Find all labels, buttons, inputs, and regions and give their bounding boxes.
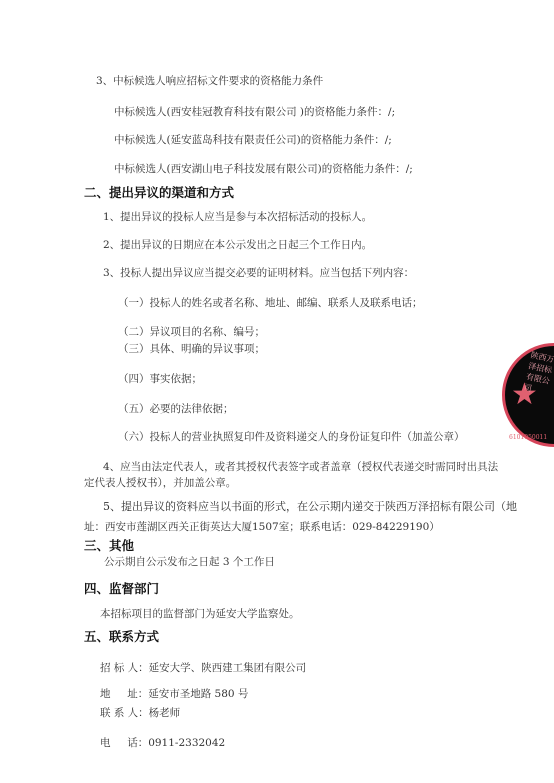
- seal-text: 陕西万泽招标有限公司: [523, 350, 554, 399]
- objection-subitem-5: （五）必要的法律依据；: [118, 402, 234, 416]
- qualification-title: 3、中标候选人响应招标文件要求的资格能力条件: [96, 74, 323, 88]
- contact-tenderer: 招 标 人：延安大学、陕西建工集团有限公司: [100, 661, 306, 675]
- objection-subitem-6: （六）投标人的营业执照复印件及资料递交人的身份证复印件（加盖公章）: [118, 430, 465, 444]
- objection-item-5-line1: 5、提出异议的资料应当以书面的形式，在公示期内递交于陕西万泽招标有限公司（地: [103, 500, 517, 514]
- objection-subitem-2: （二）异议项目的名称、编号；: [118, 325, 265, 339]
- objection-item-5-line2: 址：西安市莲湖区西关正街英达大厦1507室；联系电话：029-84229190）: [84, 520, 440, 534]
- candidate-3-qualification: 中标候选人(西安湖山电子科技发展有限公司)的资格能力条件：/;: [114, 162, 413, 176]
- objection-subitem-1: （一）投标人的姓名或者名称、地址、邮编、联系人及联系电话；: [118, 296, 423, 310]
- candidate-2-qualification: 中标候选人(延安蓝岛科技有限责任公司)的资格能力条件：/;: [114, 133, 392, 147]
- section-heading-objection: 二、提出异议的渠道和方式: [84, 183, 234, 201]
- seal-digits: 6101050011: [509, 434, 547, 441]
- objection-item-2: 2、提出异议的日期应在本公示发出之日起三个工作日内。: [103, 238, 372, 252]
- section-heading-supervision: 四、监督部门: [84, 579, 159, 597]
- objection-subitem-4: （四）事实依据；: [118, 372, 202, 386]
- contact-person: 联 系 人：杨老师: [100, 706, 180, 720]
- section-heading-other: 三、其他: [84, 536, 134, 554]
- objection-item-4-line1: 4、应当由法定代表人，或者其授权代表签字或者盖章（授权代表递交时需同时出具法: [103, 460, 498, 474]
- objection-item-4-line2: 定代表人授权书），并加盖公章。: [84, 476, 236, 490]
- seal-circle: ★ 陕西万泽招标有限公司 6101050011: [502, 343, 554, 447]
- publicity-period: 公示期自公示发布之日起 3 个工作日: [104, 555, 275, 569]
- objection-subitem-3: （三）具体、明确的异议事项；: [118, 342, 265, 356]
- objection-item-1: 1、提出异议的投标人应当是参与本次招标活动的投标人。: [103, 210, 372, 224]
- objection-item-3: 3、投标人提出异议应当提交必要的证明材料。应当包括下列内容：: [103, 266, 414, 280]
- supervision-text: 本招标项目的监督部门为延安大学监察处。: [100, 607, 300, 621]
- official-seal-stamp: ★ 陕西万泽招标有限公司 6101050011: [502, 343, 554, 449]
- contact-address: 地 址：延安市圣地路 580 号: [100, 687, 248, 701]
- section-heading-contact: 五、联系方式: [84, 627, 159, 645]
- candidate-1-qualification: 中标候选人(西安桂冠教育科技有限公司 )的资格能力条件：/;: [114, 105, 395, 119]
- contact-phone: 电 话：0911-2332042: [100, 736, 225, 750]
